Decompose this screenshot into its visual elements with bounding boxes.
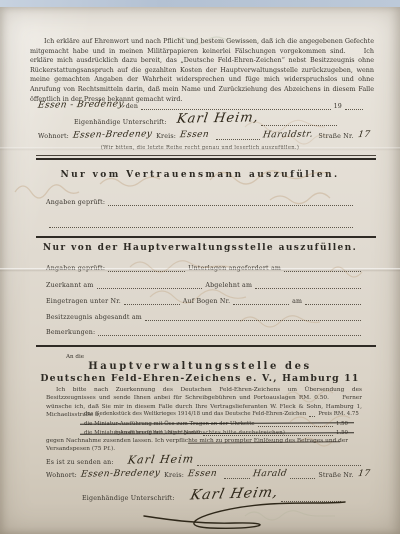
hv-bemerkungen-label: Bemerkungen:: [46, 329, 95, 336]
order-item-text: das Gedenkstück des Weltkrieges 1914/18 …: [84, 411, 306, 417]
hv-row2: Zuerkannt am Abgelehnt am: [46, 281, 364, 289]
signature1-handwritten: Karl Heim,: [176, 110, 260, 126]
hausnummer-handwritten: 17: [357, 469, 371, 479]
date-fill-line: [141, 102, 330, 110]
hv-row5: Bemerkungen:: [46, 328, 364, 336]
signature-flourish: [140, 490, 350, 532]
order-item-struck: die Miniatur-Ausführung mit Öse zum Trag…: [84, 420, 348, 427]
fill-line: [145, 313, 361, 321]
kreis-label: Kreis:: [164, 472, 184, 479]
section-vertrauensmann-title: Nur vom Vertrauensmann auszufüllen.: [0, 170, 400, 180]
hv-zuerkannt-label: Zuerkannt am: [46, 282, 94, 289]
kreis-label: Kreis:: [156, 133, 176, 140]
section-hauptverwaltung-title: Nur von der Hauptverwaltungsstelle auszu…: [0, 243, 400, 253]
divider-thick: [36, 236, 376, 238]
fill-line: [258, 420, 333, 427]
kreis-handwritten: Essen: [179, 130, 209, 141]
declaration-para2: Ich erkläre mich ausdrücklich dazu berei…: [30, 47, 374, 103]
vertrauensmann-blank-line: [46, 220, 356, 228]
declaration-text: Ich erkläre auf Ehrenwort und nach Pflic…: [30, 37, 374, 104]
signature1-line: Eigenhändige Unterschrift: Karl Heim,: [74, 111, 340, 126]
hv-abgelehnt-label: Abgelehnt am: [205, 282, 252, 289]
kreis-handwritten: Essen: [187, 469, 217, 480]
fill-line: [233, 297, 289, 305]
order-item-price: 1.50: [336, 421, 348, 427]
hv-besitzzeugnis-label: Besitzzeugnis abgesandt am: [46, 314, 142, 321]
place-date-line: Essen - Bredeney, den 19: [38, 100, 366, 110]
gep-fill-line: [108, 198, 353, 206]
order-item-text: die Miniatur-Ausführung mit Öse zum Trag…: [84, 421, 255, 427]
strasse-nr-label: Straße Nr.: [318, 472, 353, 479]
wohnort-label: Wohnort:: [46, 472, 77, 479]
strasse-handwritten: Harald: [252, 469, 287, 480]
fill-line: [197, 458, 361, 466]
year-label: 19: [334, 103, 342, 110]
nachnahme-text: gegen Nachnahme zusenden lassen. Ich ver…: [46, 437, 360, 454]
hv-row3: Eingetragen unter Nr. Auf Bogen Nr. am: [46, 297, 364, 305]
divider-thin: [36, 155, 376, 156]
scanned-form-page: Ich erkläre auf Ehrenwort und nach Pflic…: [0, 0, 400, 534]
hv-eingetragen-label: Eingetragen unter Nr.: [46, 298, 121, 305]
year-fill-line: [345, 102, 363, 110]
order-item: das Gedenkstück des Weltkrieges 1914/18 …: [84, 410, 348, 417]
strasse-handwritten: Haraldstr.: [263, 130, 314, 141]
fill-line: [309, 410, 315, 417]
paper-sheet: Ich erkläre auf Ehrenwort und nach Pflic…: [0, 7, 400, 534]
signature1-label: Eigenhändige Unterschrift:: [74, 119, 167, 126]
send-to-handwritten: Karl Heim: [127, 452, 195, 466]
divider-thick: [36, 158, 376, 160]
fill-line: [124, 297, 180, 305]
fill-line: [305, 297, 361, 305]
wohnort-handwritten: Essen-Bredeney: [72, 129, 153, 140]
wohnort-handwritten: Essen-Bredeney: [80, 468, 161, 479]
address2-line: Wohnort: Essen-Bredeney Kreis: Essen Har…: [46, 469, 370, 479]
address-block-line1: Hauptverwaltungsstelle des: [0, 361, 400, 372]
divider-thick: [36, 345, 376, 347]
angaben-geprueft-label: Angaben geprüft:: [46, 199, 105, 206]
send-to-line: Es ist zu senden an: Karl Heim: [46, 453, 364, 466]
hausnummer-handwritten: 17: [357, 130, 371, 140]
strasse-nr-label: Straße Nr.: [318, 133, 353, 140]
address1-fill-line: [216, 132, 260, 140]
vertrauensmann-gep-line: Angaben geprüft:: [46, 198, 356, 206]
fill-line: [290, 471, 316, 479]
fill-line: [224, 471, 250, 479]
wohnort-label: Wohnort:: [38, 133, 69, 140]
declaration-para1: Ich erkläre auf Ehrenwort und nach Pflic…: [30, 37, 374, 55]
blank-fill-line: [49, 220, 353, 228]
send-to-label: Es ist zu senden an:: [46, 459, 114, 466]
hv-am-label: am: [292, 298, 302, 305]
paper-crease: [0, 147, 400, 151]
fill-line: [255, 281, 361, 289]
place-handwritten: Essen - Bredeney,: [37, 99, 126, 111]
order-item-price: Preis RM. 4.75: [318, 411, 359, 417]
request-para1: Ich bitte nach Zuerkennung des Deutschen…: [46, 387, 362, 401]
address1-line: Wohnort: Essen-Bredeney Kreis: Essen Har…: [38, 130, 370, 140]
hv-bogen-label: Auf Bogen Nr.: [183, 298, 231, 305]
fill-line: [98, 328, 361, 336]
paper-crease: [0, 268, 400, 272]
hv-row4: Besitzzeugnis abgesandt am: [46, 313, 364, 321]
address-block-line2: Deutschen Feld-Ehren-Zeichens e. V., Ham…: [0, 373, 400, 384]
order-note: (genau ausfüllen, Nichtgewünschtes bitte…: [0, 430, 400, 436]
fill-line: [97, 281, 203, 289]
signature1-fill-line: [261, 118, 337, 126]
den-label: den: [126, 103, 138, 110]
an-die-label: An die: [66, 354, 84, 360]
